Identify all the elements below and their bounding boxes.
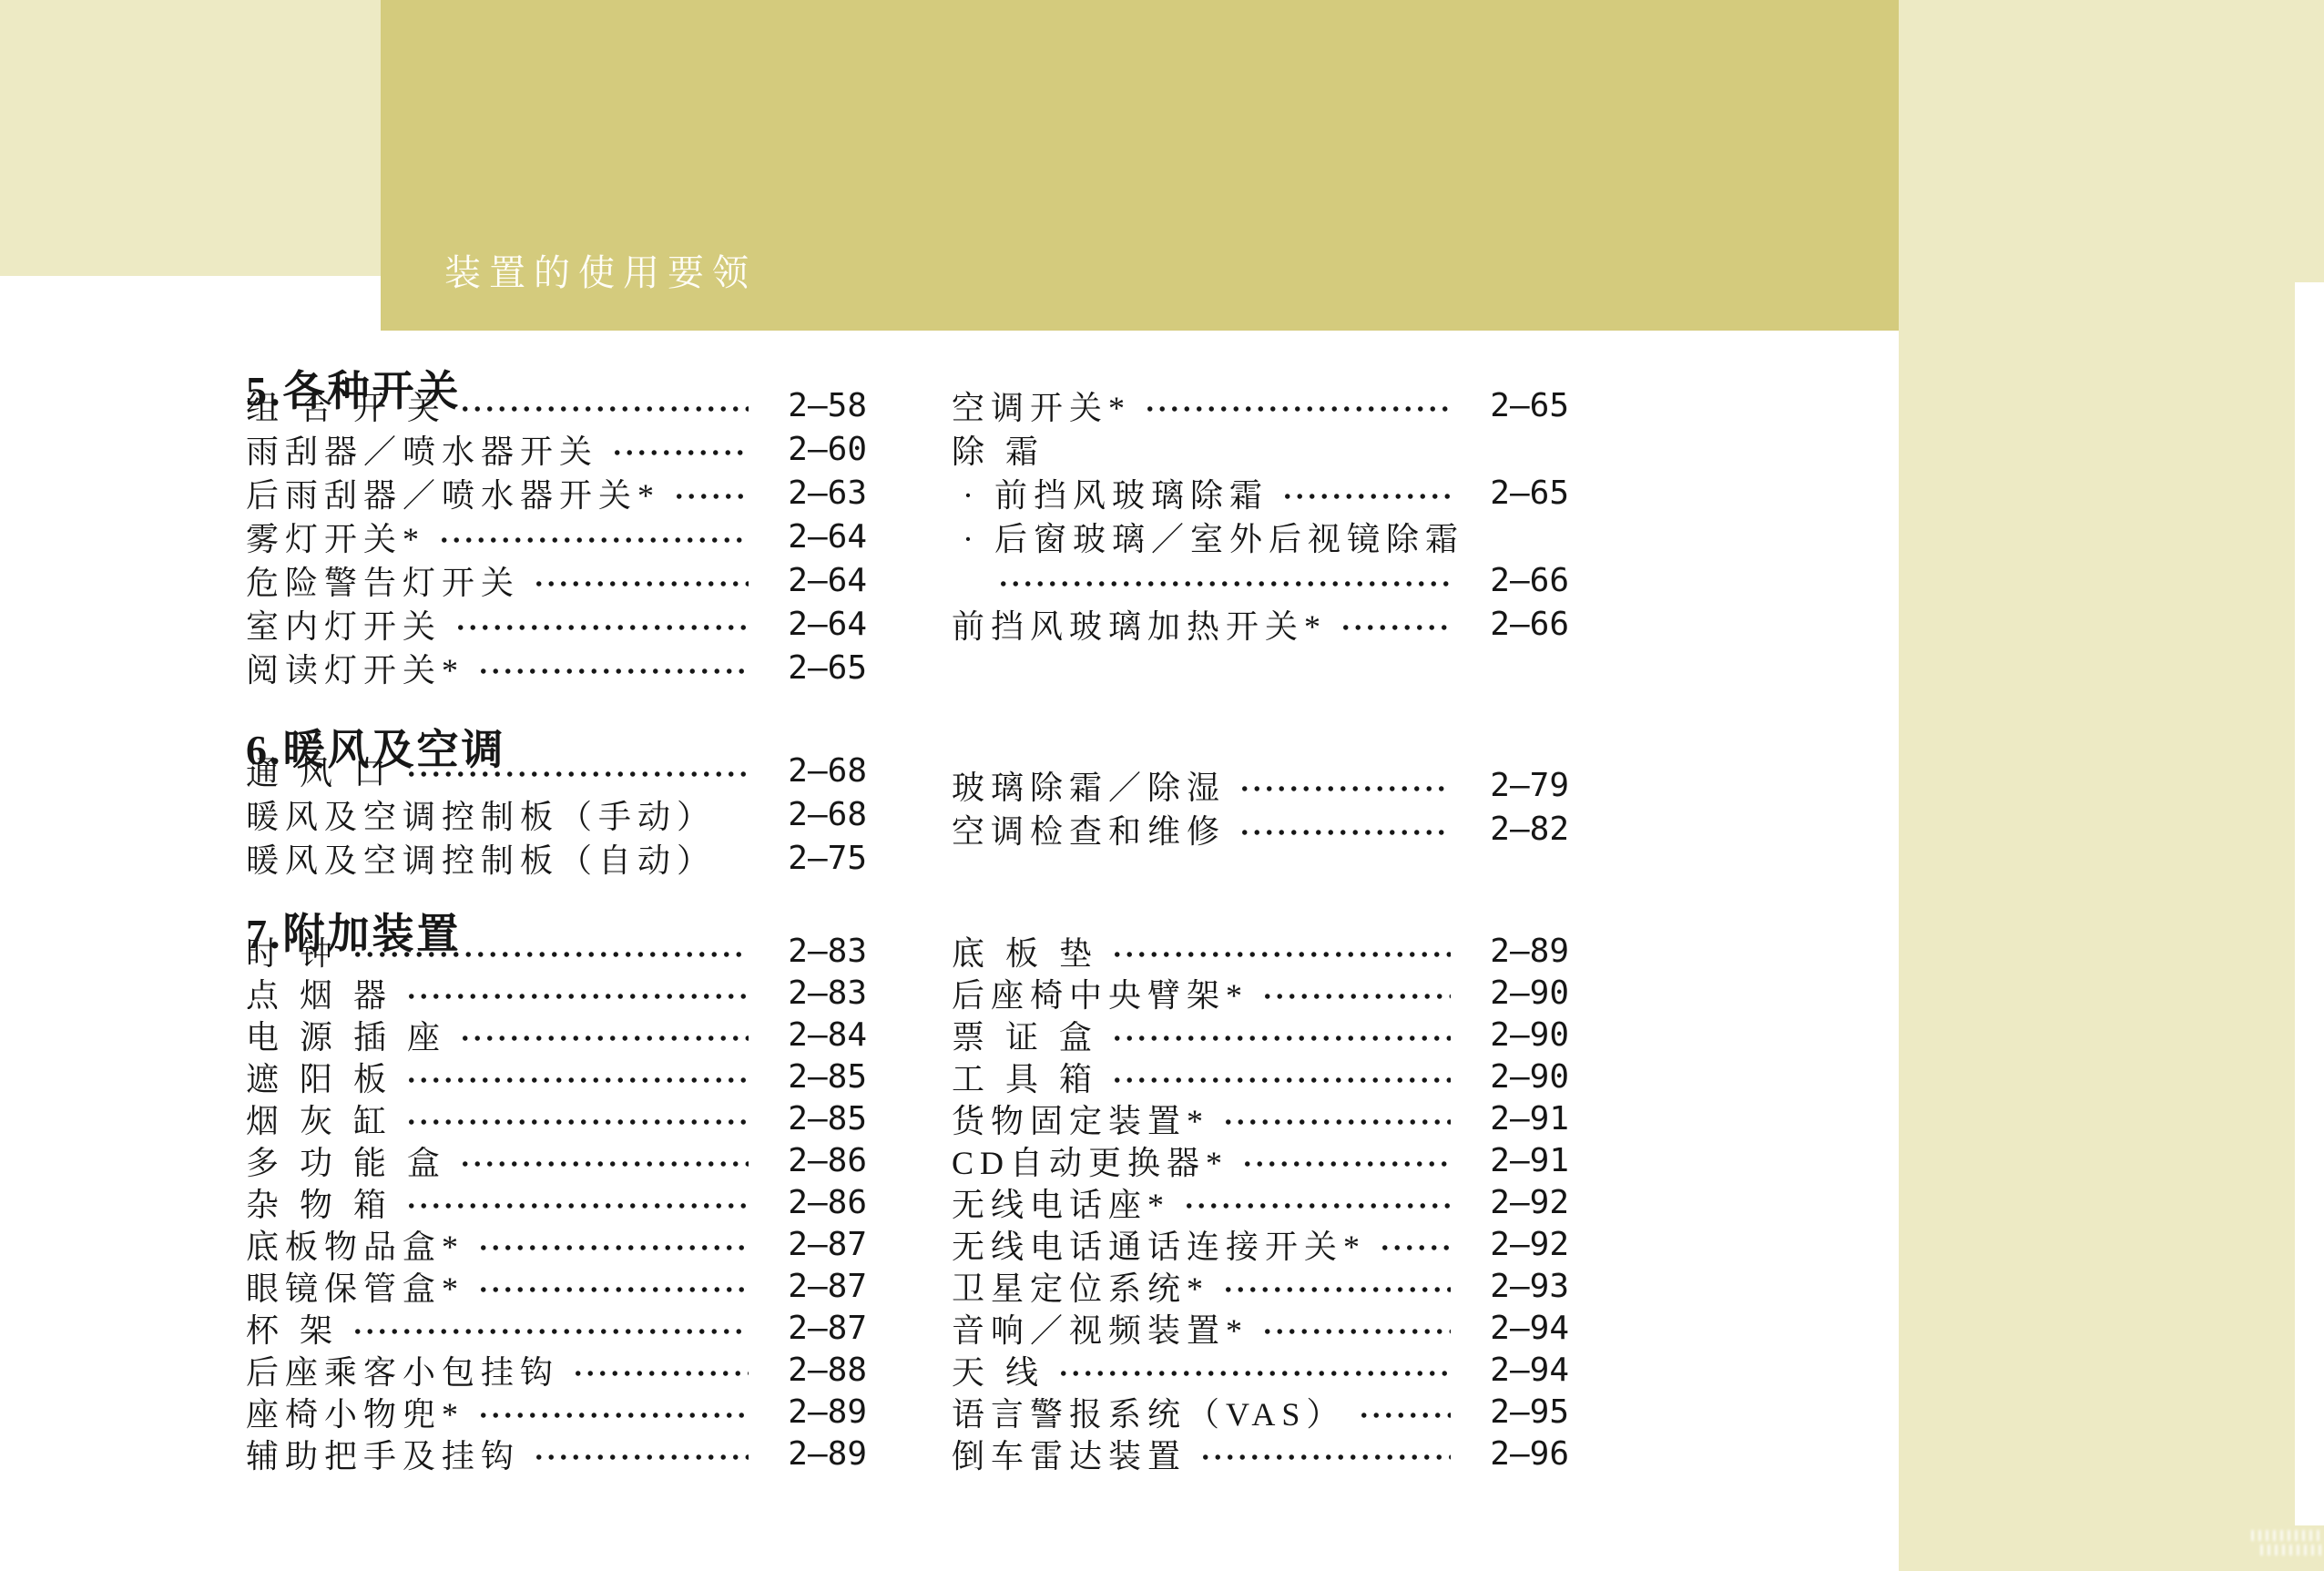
dot-leader [1222,1283,1451,1296]
right-cream-strip [1899,0,2324,1571]
dot-leader [1340,621,1451,634]
toc-page-number: 2–66 [1473,606,1569,643]
right-edge-white-sliver [2295,282,2324,1525]
leader-spacer [1057,446,1451,459]
toc-item-label: 卫星定位系统* [952,1263,1209,1310]
toc-item-label: 倒车雷达装置 [952,1431,1187,1477]
toc-row: 辅助把手及挂钩2–89 [246,1433,867,1474]
dot-leader [438,534,749,546]
toc-row: 点 烟 器2–83 [246,972,867,1014]
toc-item-label: 室内灯开关 [246,601,442,648]
dot-leader [1222,1116,1451,1128]
toc-item-label: 底 板 垫 [952,928,1098,974]
toc-page-number: 2–86 [770,1142,867,1179]
toc-row: · 后窗玻璃／室外后视镜除霜 [952,515,1569,558]
toc-column-s5-right: 空调开关*2–65除 霜· 前挡风玻璃除霜2–65· 后窗玻璃／室外后视镜除霜2… [952,383,1569,646]
toc-page-number: 2–63 [770,474,867,512]
toc-item-label: 无线电话座* [952,1179,1170,1226]
toc-column-s6-left: 通 风 口2–68暖风及空调控制板（手动）2–68暖风及空调控制板（自动）2–7… [246,749,867,880]
toc-page-number: 2–88 [770,1352,867,1389]
dot-leader [1111,1074,1451,1086]
toc-row: 烟 灰 缸2–85 [246,1097,867,1139]
toc-row: 音响／视频装置*2–94 [952,1307,1569,1349]
toc-row: 后座乘客小包挂钩2–88 [246,1349,867,1391]
dot-leader [405,1199,749,1212]
toc-item-label: 座椅小物兜* [246,1389,464,1435]
toc-item-label: 票 证 盒 [952,1012,1098,1058]
toc-row: 雨刮器／喷水器开关2–60 [246,427,867,471]
toc-item-label: 天 线 [952,1347,1045,1393]
toc-item-label: 多 功 能 盒 [246,1137,446,1184]
toc-item-label: 杂 物 箱 [246,1179,392,1226]
toc-item-label: 玻璃除霜／除湿 [952,762,1226,809]
toc-page-number: 2–96 [1473,1435,1569,1473]
dot-leader [1238,782,1451,795]
toc-column-s7-left: 时 钟2–83点 烟 器2–83电 源 插 座2–84遮 阳 板2–85烟 灰 … [246,930,867,1474]
toc-item-label: 货物固定装置* [952,1096,1209,1142]
leader-spacer [729,811,749,824]
toc-item-label: 暖风及空调控制板（手动） [246,791,716,838]
toc-row: 组 合 开 关2–58 [246,383,867,427]
toc-page-number: 2–89 [770,1393,867,1431]
toc-page-number: 2–60 [770,431,867,468]
toc-column-s6-right: 玻璃除霜／除湿2–79空调检查和维修2–82 [952,763,1569,851]
dot-leader [477,1241,749,1254]
toc-page-number: 2–64 [770,562,867,599]
toc-page-number: 2–83 [770,974,867,1012]
toc-page-number: 2–87 [770,1310,867,1347]
toc-row: 卫星定位系统*2–93 [952,1265,1569,1307]
toc-row: 座椅小物兜*2–89 [246,1391,867,1433]
dot-leader [459,1032,749,1045]
toc-row: 杯 架2–87 [246,1307,867,1349]
toc-row: 除 霜 [952,427,1569,471]
dot-leader [1238,826,1451,839]
toc-item-label: 工 具 箱 [952,1054,1098,1100]
chapter-header-band: 装置的使用要领 [381,0,1899,331]
toc-page-number: 2–89 [770,1435,867,1473]
toc-row: 空调开关*2–65 [952,383,1569,427]
toc-item-label: 电 源 插 座 [246,1012,446,1058]
toc-page-number: 2–94 [1473,1310,1569,1347]
top-left-cream-block [0,0,381,276]
toc-page-number: 2–93 [1473,1268,1569,1305]
toc-row: 杂 物 箱2–86 [246,1181,867,1223]
toc-column-s7-right: 底 板 垫2–89后座椅中央臂架*2–90票 证 盒2–90工 具 箱2–90货… [952,930,1569,1474]
dot-leader [533,1451,749,1464]
dot-leader [1057,1367,1451,1380]
toc-page-number: 2–92 [1473,1226,1569,1263]
dot-leader [1281,490,1451,503]
corner-watermark-line [2260,1545,2324,1556]
toc-item-label: CD自动更换器* [952,1137,1228,1184]
dot-leader [533,577,749,590]
toc-page-number: 2–83 [770,933,867,970]
toc-page-number: 2–65 [770,649,867,687]
toc-page-number: 2–91 [1473,1100,1569,1137]
toc-item-label: 底板物品盒* [246,1221,464,1268]
toc-item-label: 后座椅中央臂架* [952,970,1249,1016]
dot-leader [997,577,1451,590]
dot-leader [477,1409,749,1422]
dot-leader [405,768,749,780]
toc-item-label: 烟 灰 缸 [246,1096,392,1142]
toc-row: 暖风及空调控制板（手动）2–68 [246,792,867,836]
toc-item-label: 雾灯开关* [246,514,425,560]
toc-page-number: 2–89 [1473,933,1569,970]
toc-row: 阅读灯开关*2–65 [246,646,867,689]
dot-leader [477,1283,749,1296]
manual-toc-page: { "header": { "title": "装置的使用要领" }, "col… [0,0,2324,1571]
toc-page-number: 2–65 [1473,387,1569,424]
toc-row: 室内灯开关2–64 [246,602,867,646]
corner-watermark [2251,1530,2324,1563]
dot-leader [611,446,749,459]
toc-page-number: 2–68 [770,796,867,833]
dot-leader [1261,1325,1451,1338]
toc-item-label: 除 霜 [952,426,1045,473]
toc-row: 多 功 能 盒2–86 [246,1139,867,1181]
toc-row: CD自动更换器*2–91 [952,1139,1569,1181]
toc-item-label: · 后窗玻璃／室外后视镜除霜 [963,514,1464,560]
toc-row: 通 风 口2–68 [246,749,867,792]
toc-item-label: 眼镜保管盒* [246,1263,464,1310]
dot-leader [405,990,749,1003]
toc-page-number: 2–68 [770,752,867,790]
toc-row: 前挡风玻璃加热开关*2–66 [952,602,1569,646]
toc-row: 空调检查和维修2–82 [952,807,1569,851]
toc-page-number: 2–64 [770,518,867,556]
dot-leader [405,1116,749,1128]
dot-leader [405,1074,749,1086]
toc-item-label: 阅读灯开关* [246,645,464,691]
toc-page-number: 2–86 [770,1184,867,1221]
toc-page-number: 2–85 [770,1100,867,1137]
dot-leader [1111,948,1451,961]
toc-item-label: 遮 阳 板 [246,1054,392,1100]
dot-leader [459,1158,749,1170]
toc-page-number: 2–79 [1473,767,1569,804]
toc-page-number: 2–90 [1473,1058,1569,1096]
toc-page-number: 2–87 [770,1226,867,1263]
toc-item-label: 音响／视频装置* [952,1305,1249,1352]
toc-item-label: · 前挡风玻璃除霜 [963,470,1269,516]
dot-leader [352,948,749,961]
toc-page-number: 2–84 [770,1016,867,1054]
toc-row: 时 钟2–83 [246,930,867,972]
toc-row: 工 具 箱2–90 [952,1056,1569,1097]
chapter-title: 装置的使用要领 [444,244,757,296]
toc-page-number: 2–65 [1473,474,1569,512]
toc-page-number: 2–90 [1473,1016,1569,1054]
toc-row: 无线电话通话连接开关*2–92 [952,1223,1569,1265]
leader-spacer [729,855,749,868]
toc-item-label: 无线电话通话连接开关* [952,1221,1366,1268]
toc-row: 底板物品盒*2–87 [246,1223,867,1265]
dot-leader [352,1325,749,1338]
toc-page-number: 2–58 [770,387,867,424]
toc-page-number: 2–90 [1473,974,1569,1012]
dot-leader [459,403,749,415]
toc-row: 危险警告灯开关2–64 [246,558,867,602]
toc-row: 玻璃除霜／除湿2–79 [952,763,1569,807]
dot-leader [1199,1451,1451,1464]
toc-row: 雾灯开关*2–64 [246,515,867,558]
corner-watermark-line [2251,1530,2324,1541]
toc-row: 遮 阳 板2–85 [246,1056,867,1097]
toc-row: 天 线2–94 [952,1349,1569,1391]
toc-page-number: 2–66 [1473,562,1569,599]
toc-item-label: 时 钟 [246,928,339,974]
toc-page-number: 2–75 [770,840,867,877]
toc-row: 后雨刮器／喷水器开关*2–63 [246,471,867,515]
dot-leader [477,665,749,678]
toc-row: 票 证 盒2–90 [952,1014,1569,1056]
dot-leader [1111,1032,1451,1045]
dot-leader [454,621,749,634]
toc-row: 电 源 插 座2–84 [246,1014,867,1056]
toc-item-label: 通 风 口 [246,748,392,794]
dot-leader [1144,403,1451,415]
toc-row: 货物固定装置*2–91 [952,1097,1569,1139]
toc-item-label: 前挡风玻璃加热开关* [952,601,1327,648]
toc-row: · 前挡风玻璃除霜2–65 [952,471,1569,515]
toc-item-label: 危险警告灯开关 [246,557,520,604]
toc-row: 暖风及空调控制板（自动）2–75 [246,836,867,880]
toc-row: 2–66 [952,558,1569,602]
toc-item-label: 后雨刮器／喷水器开关* [246,470,660,516]
toc-item-label: 空调开关* [952,383,1131,429]
toc-column-s5-left: 组 合 开 关2–58雨刮器／喷水器开关2–60后雨刮器／喷水器开关*2–63雾… [246,383,867,689]
toc-item-label: 点 烟 器 [246,970,392,1016]
toc-row: 无线电话座*2–92 [952,1181,1569,1223]
toc-item-label: 雨刮器／喷水器开关 [246,426,598,473]
toc-item-label: 杯 架 [246,1305,339,1352]
toc-row: 倒车雷达装置2–96 [952,1433,1569,1474]
toc-item-label: 后座乘客小包挂钩 [246,1347,559,1393]
toc-page-number: 2–85 [770,1058,867,1096]
dot-leader [673,490,749,503]
toc-page-number: 2–64 [770,606,867,643]
toc-item-label: 空调检查和维修 [952,806,1226,852]
toc-page-number: 2–82 [1473,811,1569,848]
toc-item-label: 辅助把手及挂钩 [246,1431,520,1477]
toc-page-number: 2–87 [770,1268,867,1305]
toc-row: 语言警报系统（VAS）2–95 [952,1391,1569,1433]
dot-leader [1358,1409,1451,1422]
dot-leader [1241,1158,1451,1170]
toc-row: 后座椅中央臂架*2–90 [952,972,1569,1014]
dot-leader [572,1367,749,1380]
toc-page-number: 2–91 [1473,1142,1569,1179]
toc-page-number: 2–95 [1473,1393,1569,1431]
dot-leader [1261,990,1451,1003]
toc-row: 底 板 垫2–89 [952,930,1569,972]
dot-leader [1379,1241,1451,1254]
toc-item-label: 语言警报系统（VAS） [952,1389,1345,1435]
dot-leader [1183,1199,1451,1212]
toc-item-label: 组 合 开 关 [246,383,446,429]
toc-item-label: 暖风及空调控制板（自动） [246,835,716,882]
toc-page-number: 2–92 [1473,1184,1569,1221]
toc-row: 眼镜保管盒*2–87 [246,1265,867,1307]
toc-page-number: 2–94 [1473,1352,1569,1389]
